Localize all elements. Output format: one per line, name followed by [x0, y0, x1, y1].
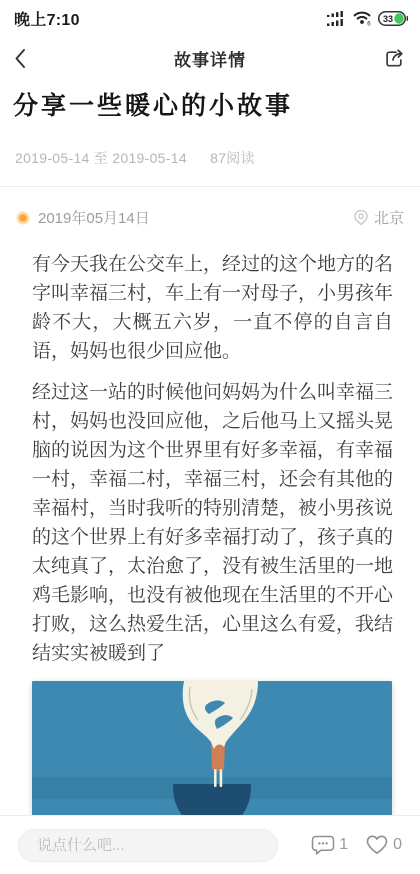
like-count: 0: [393, 836, 402, 854]
wifi-icon: 6: [353, 10, 372, 26]
share-button[interactable]: [383, 48, 406, 69]
phone-frame: 晚上7:10: [0, 0, 420, 874]
story-paragraph: 经过这一站的时候他问妈妈为什么叫幸福三村，妈妈也没回应他，之后他马上又摇头晃脑的…: [32, 378, 393, 668]
status-time: 晚上7:10: [14, 7, 80, 30]
share-icon: [383, 48, 406, 69]
page-title: 故事详情: [54, 46, 366, 71]
location-pin-icon: [353, 209, 369, 226]
article-title: 分享一些暖心的小故事: [13, 89, 407, 123]
story-paragraph: 有今天我在公交车上，经过的这个地方的名字叫幸福三村，车上有一对母子，小男孩年龄不…: [32, 250, 393, 366]
comment-count: 1: [339, 836, 348, 854]
entry-marker-icon: [16, 211, 30, 225]
article-meta: 2019-05-14 至 2019-05-14 87阅读: [15, 148, 405, 168]
read-count: 87阅读: [210, 150, 255, 166]
bottom-bar: 1 0: [0, 815, 420, 874]
entry-location: 北京: [374, 207, 404, 228]
comment-input[interactable]: [18, 829, 278, 862]
nav-bar: 故事详情: [0, 36, 420, 80]
section-divider: [0, 186, 420, 187]
entry-header: 2019年05月14日 北京: [16, 207, 404, 228]
back-button[interactable]: [14, 48, 26, 69]
story-illustration[interactable]: [32, 681, 392, 831]
svg-text:6: 6: [367, 22, 371, 27]
chevron-left-icon: [14, 48, 26, 69]
signal-icon: [326, 10, 347, 26]
comments-button[interactable]: [311, 835, 335, 856]
entry-date: 2019年05月14日: [38, 207, 150, 228]
like-button[interactable]: [365, 834, 389, 856]
date-range: 2019-05-14 至 2019-05-14: [15, 150, 187, 166]
heart-icon: [365, 834, 389, 856]
battery-icon: 33: [378, 11, 408, 26]
story-body: 有今天我在公交车上，经过的这个地方的名字叫幸福三村，车上有一对母子，小男孩年龄不…: [32, 250, 393, 668]
battery-percent: 33: [383, 14, 393, 24]
status-bar: 晚上7:10: [0, 0, 420, 36]
comment-bubble-icon: [311, 835, 335, 856]
